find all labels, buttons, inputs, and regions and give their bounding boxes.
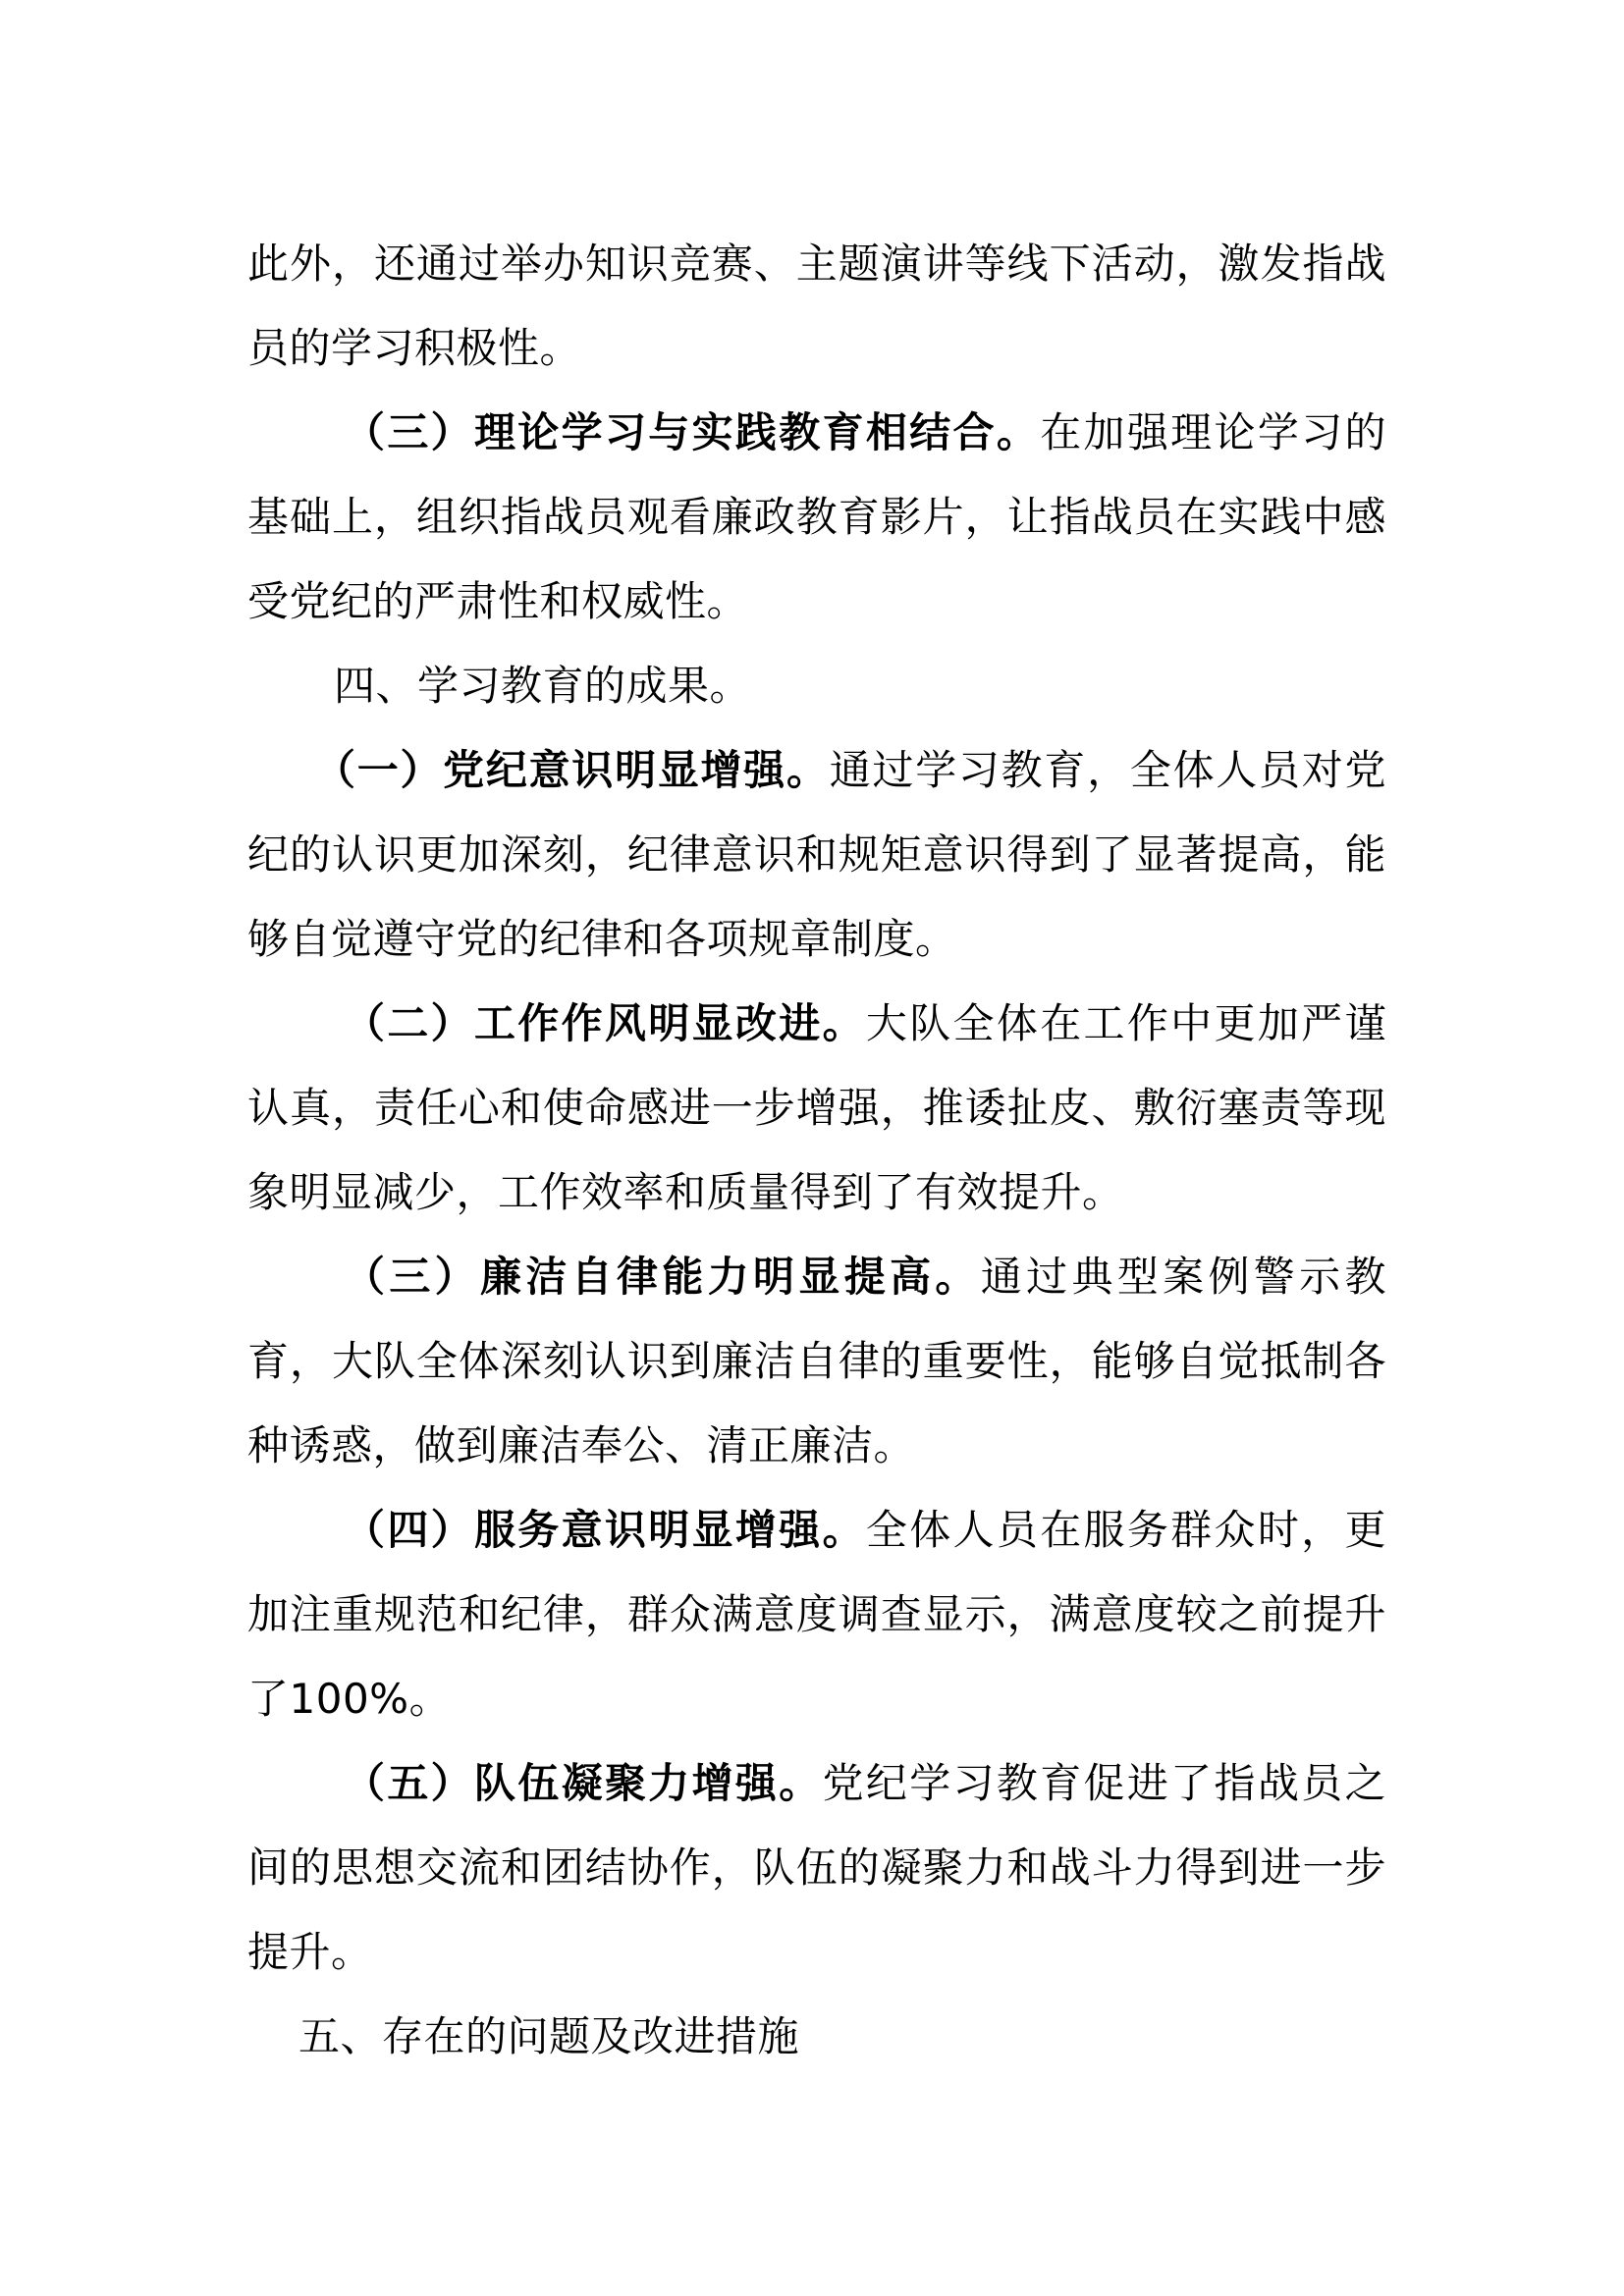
paragraph-discipline-awareness: （一）党纪意识明显增强。通过学习教育，全体人员对党纪的认识更加深刻，纪律意识和规…: [247, 728, 1386, 982]
heading-text: 五、存在的问题及改进措施: [298, 2012, 799, 2060]
paragraph-lead: （三）廉洁自律能力明显提高。: [344, 1253, 981, 1301]
paragraph-lead: （五）队伍凝聚力增强。: [344, 1759, 823, 1807]
paragraph-team-cohesion: （五）队伍凝聚力增强。党纪学习教育促进了指战员之间的思想交流和团结协作，队伍的凝…: [247, 1741, 1386, 1995]
paragraph-text: 此外，还通过举办知识竞赛、主题演讲等线下活动，激发指战员的学习积极性。: [247, 240, 1386, 372]
document-page: 此外，还通过举办知识竞赛、主题演讲等线下活动，激发指战员的学习积极性。 （三）理…: [247, 222, 1386, 2079]
paragraph-continuation: 此外，还通过举办知识竞赛、主题演讲等线下活动，激发指战员的学习积极性。: [247, 222, 1386, 391]
paragraph-integrity: （三）廉洁自律能力明显提高。通过典型案例警示教育，大队全体深刻认识到廉洁自律的重…: [247, 1235, 1386, 1488]
paragraph-work-style: （二）工作作风明显改进。大队全体在工作中更加严谨认真，责任心和使命感进一步增强，…: [247, 982, 1386, 1235]
paragraph-service-awareness: （四）服务意识明显增强。全体人员在服务群众时，更加注重规范和纪律，群众满意度调查…: [247, 1488, 1386, 1741]
section-heading-problems: 五、存在的问题及改进措施: [247, 1995, 1386, 2079]
paragraph-lead: （二）工作作风明显改进。: [344, 999, 866, 1047]
paragraph-lead: （四）服务意识明显增强。: [344, 1506, 866, 1554]
paragraph-lead: （三）理论学习与实践教育相结合。: [344, 408, 1040, 456]
section-heading-results: 四、学习教育的成果。: [247, 644, 1386, 728]
heading-text: 四、学习教育的成果。: [334, 662, 751, 710]
paragraph-theory-practice: （三）理论学习与实践教育相结合。在加强理论学习的基础上，组织指战员观看廉政教育影…: [247, 391, 1386, 644]
paragraph-lead: （一）党纪意识明显增强。: [314, 746, 830, 794]
